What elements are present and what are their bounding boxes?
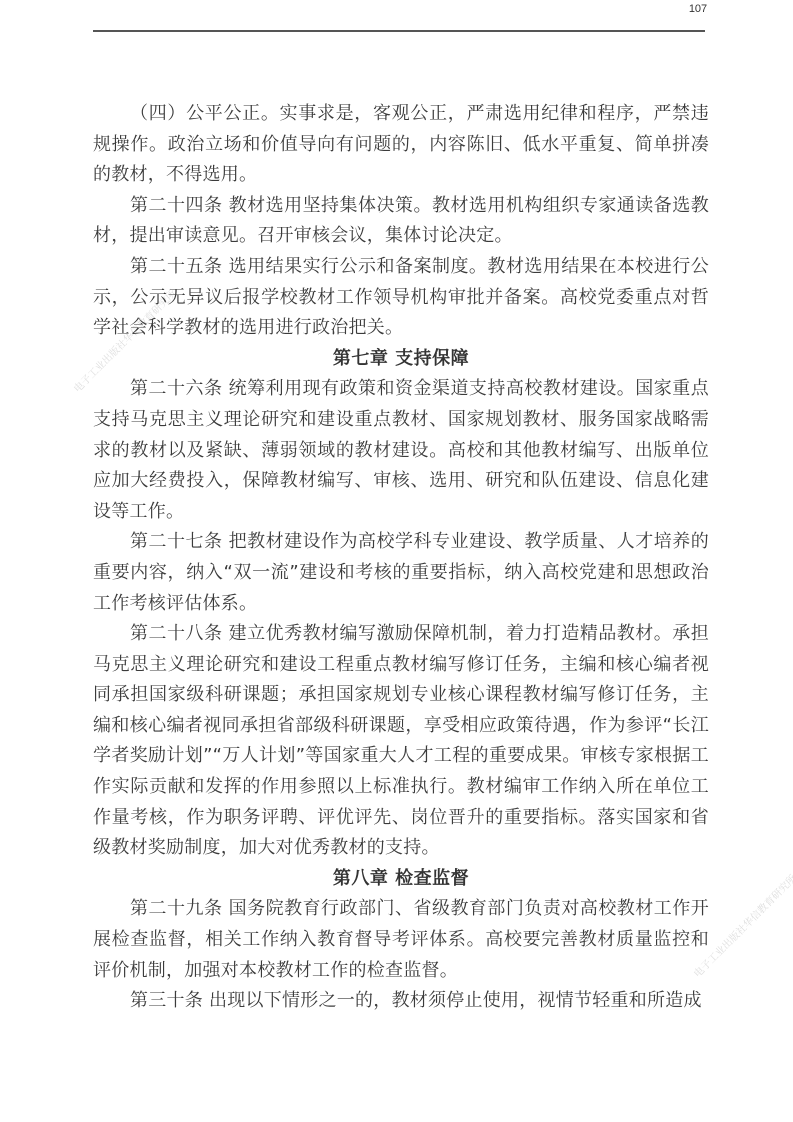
chapter-title-8: 第八章 检查监督	[93, 864, 709, 895]
paragraph-article-24: 第二十四条 教材选用坚持集体决策。教材选用机构组织专家通读备选教材，提出审读意见…	[93, 191, 709, 252]
header-rule	[93, 30, 705, 32]
page-number: 107	[678, 3, 718, 15]
paragraph-article-30: 第三十条 出现以下情形之一的，教材须停止使用，视情节轻重和所造成	[93, 986, 709, 1017]
chapter-title-7: 第七章 支持保障	[93, 344, 709, 375]
paragraph-article-25: 第二十五条 选用结果实行公示和备案制度。教材选用结果在本校进行公示，公示无异议后…	[93, 252, 709, 344]
paragraph-fairness: （四）公平公正。实事求是，客观公正，严肃选用纪律和程序，严禁违规操作。政治立场和…	[93, 99, 709, 191]
paragraph-article-28: 第二十八条 建立优秀教材编写激励保障机制，着力打造精品教材。承担马克思主义理论研…	[93, 619, 709, 864]
paragraph-article-29: 第二十九条 国务院教育行政部门、省级教育部门负责对高校教材工作开展检查监督，相关…	[93, 894, 709, 986]
paragraph-article-26: 第二十六条 统筹利用现有政策和资金渠道支持高校教材建设。国家重点支持马克思主义理…	[93, 374, 709, 527]
paragraph-article-27: 第二十七条 把教材建设作为高校学科专业建设、教学质量、人才培养的重要内容，纳入“…	[93, 527, 709, 619]
document-body: （四）公平公正。实事求是，客观公正，严肃选用纪律和程序，严禁违规操作。政治立场和…	[93, 99, 709, 1017]
